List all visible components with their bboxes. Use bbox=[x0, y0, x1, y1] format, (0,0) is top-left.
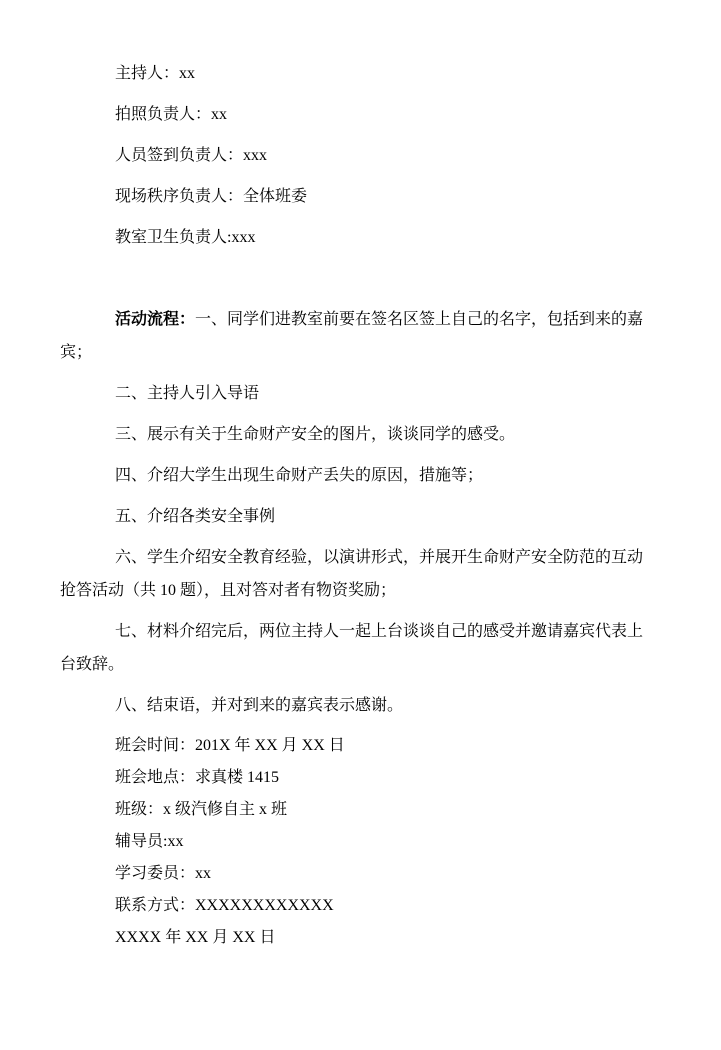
flow-item-5-text: 五、介绍各类安全事例 bbox=[60, 500, 661, 533]
role-paragraph-order: 现场秩序负责人：全体班委 bbox=[60, 180, 661, 213]
role-host: 主持人：xx bbox=[60, 57, 661, 90]
role-paragraph-host: 主持人：xx bbox=[60, 57, 661, 90]
meeting-class: 班级：x 级汽修自主 x 班 bbox=[60, 794, 661, 826]
meeting-contact: 联系方式：XXXXXXXXXXXX bbox=[60, 890, 661, 922]
flow-item-1: 活动流程：一、同学们进教室前要在签名区签上自己的名字，包括到来的嘉 宾； bbox=[60, 303, 661, 369]
role-order: 现场秩序负责人：全体班委 bbox=[60, 180, 661, 213]
role-paragraph-signin: 人员签到负责人：xxx bbox=[60, 139, 661, 172]
flow-item-6-line-1: 六、学生介绍安全教育经验，以演讲形式，并展开生命财产安全防范的互动 bbox=[60, 541, 661, 574]
meeting-counselor: 辅导员:xx bbox=[60, 826, 661, 858]
meeting-time: 班会时间：201X 年 XX 月 XX 日 bbox=[60, 730, 661, 762]
flow-item-7-line-2: 台致辞。 bbox=[60, 648, 661, 681]
flow-item-1-text: 一、同学们进教室前要在签名区签上自己的名字，包括到来的嘉 bbox=[195, 311, 643, 328]
flow-item-1-line-1: 活动流程：一、同学们进教室前要在签名区签上自己的名字，包括到来的嘉 bbox=[60, 303, 661, 336]
flow-item-8: 八、结束语，并对到来的嘉宾表示感谢。 bbox=[60, 689, 661, 722]
flow-item-8-text: 八、结束语，并对到来的嘉宾表示感谢。 bbox=[60, 689, 661, 722]
flow-item-3: 三、展示有关于生命财产安全的图片，谈谈同学的感受。 bbox=[60, 418, 661, 451]
flow-item-1-line-2: 宾； bbox=[60, 336, 661, 369]
role-photo: 拍照负责人：xx bbox=[60, 98, 661, 131]
flow-item-3-text: 三、展示有关于生命财产安全的图片，谈谈同学的感受。 bbox=[60, 418, 661, 451]
flow-item-4: 四、介绍大学生出现生命财产丢失的原因，措施等； bbox=[60, 459, 661, 492]
flow-item-4-text: 四、介绍大学生出现生命财产丢失的原因，措施等； bbox=[60, 459, 661, 492]
role-paragraph-hygiene: 教室卫生负责人:xxx bbox=[60, 221, 661, 254]
meeting-place: 班会地点：求真楼 1415 bbox=[60, 762, 661, 794]
flow-item-5: 五、介绍各类安全事例 bbox=[60, 500, 661, 533]
flow-item-2: 二、主持人引入导语 bbox=[60, 377, 661, 410]
meeting-study-commissioner: 学习委员：xx bbox=[60, 858, 661, 890]
role-paragraph-photo: 拍照负责人：xx bbox=[60, 98, 661, 131]
role-hygiene: 教室卫生负责人:xxx bbox=[60, 221, 661, 254]
flow-item-6: 六、学生介绍安全教育经验，以演讲形式，并展开生命财产安全防范的互动 抢答活动（共… bbox=[60, 541, 661, 607]
meeting-info-block: 班会时间：201X 年 XX 月 XX 日 班会地点：求真楼 1415 班级：x… bbox=[60, 730, 661, 954]
flow-item-7: 七、材料介绍完后，两位主持人一起上台谈谈自己的感受并邀请嘉宾代表上 台致辞。 bbox=[60, 615, 661, 681]
flow-item-7-line-1: 七、材料介绍完后，两位主持人一起上台谈谈自己的感受并邀请嘉宾代表上 bbox=[60, 615, 661, 648]
blank-line bbox=[60, 262, 661, 303]
flow-heading: 活动流程： bbox=[115, 311, 195, 328]
document-page: 主持人：xx 拍照负责人：xx 人员签到负责人：xxx 现场秩序负责人：全体班委… bbox=[0, 0, 721, 1050]
role-signin: 人员签到负责人：xxx bbox=[60, 139, 661, 172]
flow-item-2-text: 二、主持人引入导语 bbox=[60, 377, 661, 410]
meeting-date: XXXX 年 XX 月 XX 日 bbox=[60, 922, 661, 954]
flow-item-6-line-2: 抢答活动（共 10 题），且对答对者有物资奖励； bbox=[60, 574, 661, 607]
